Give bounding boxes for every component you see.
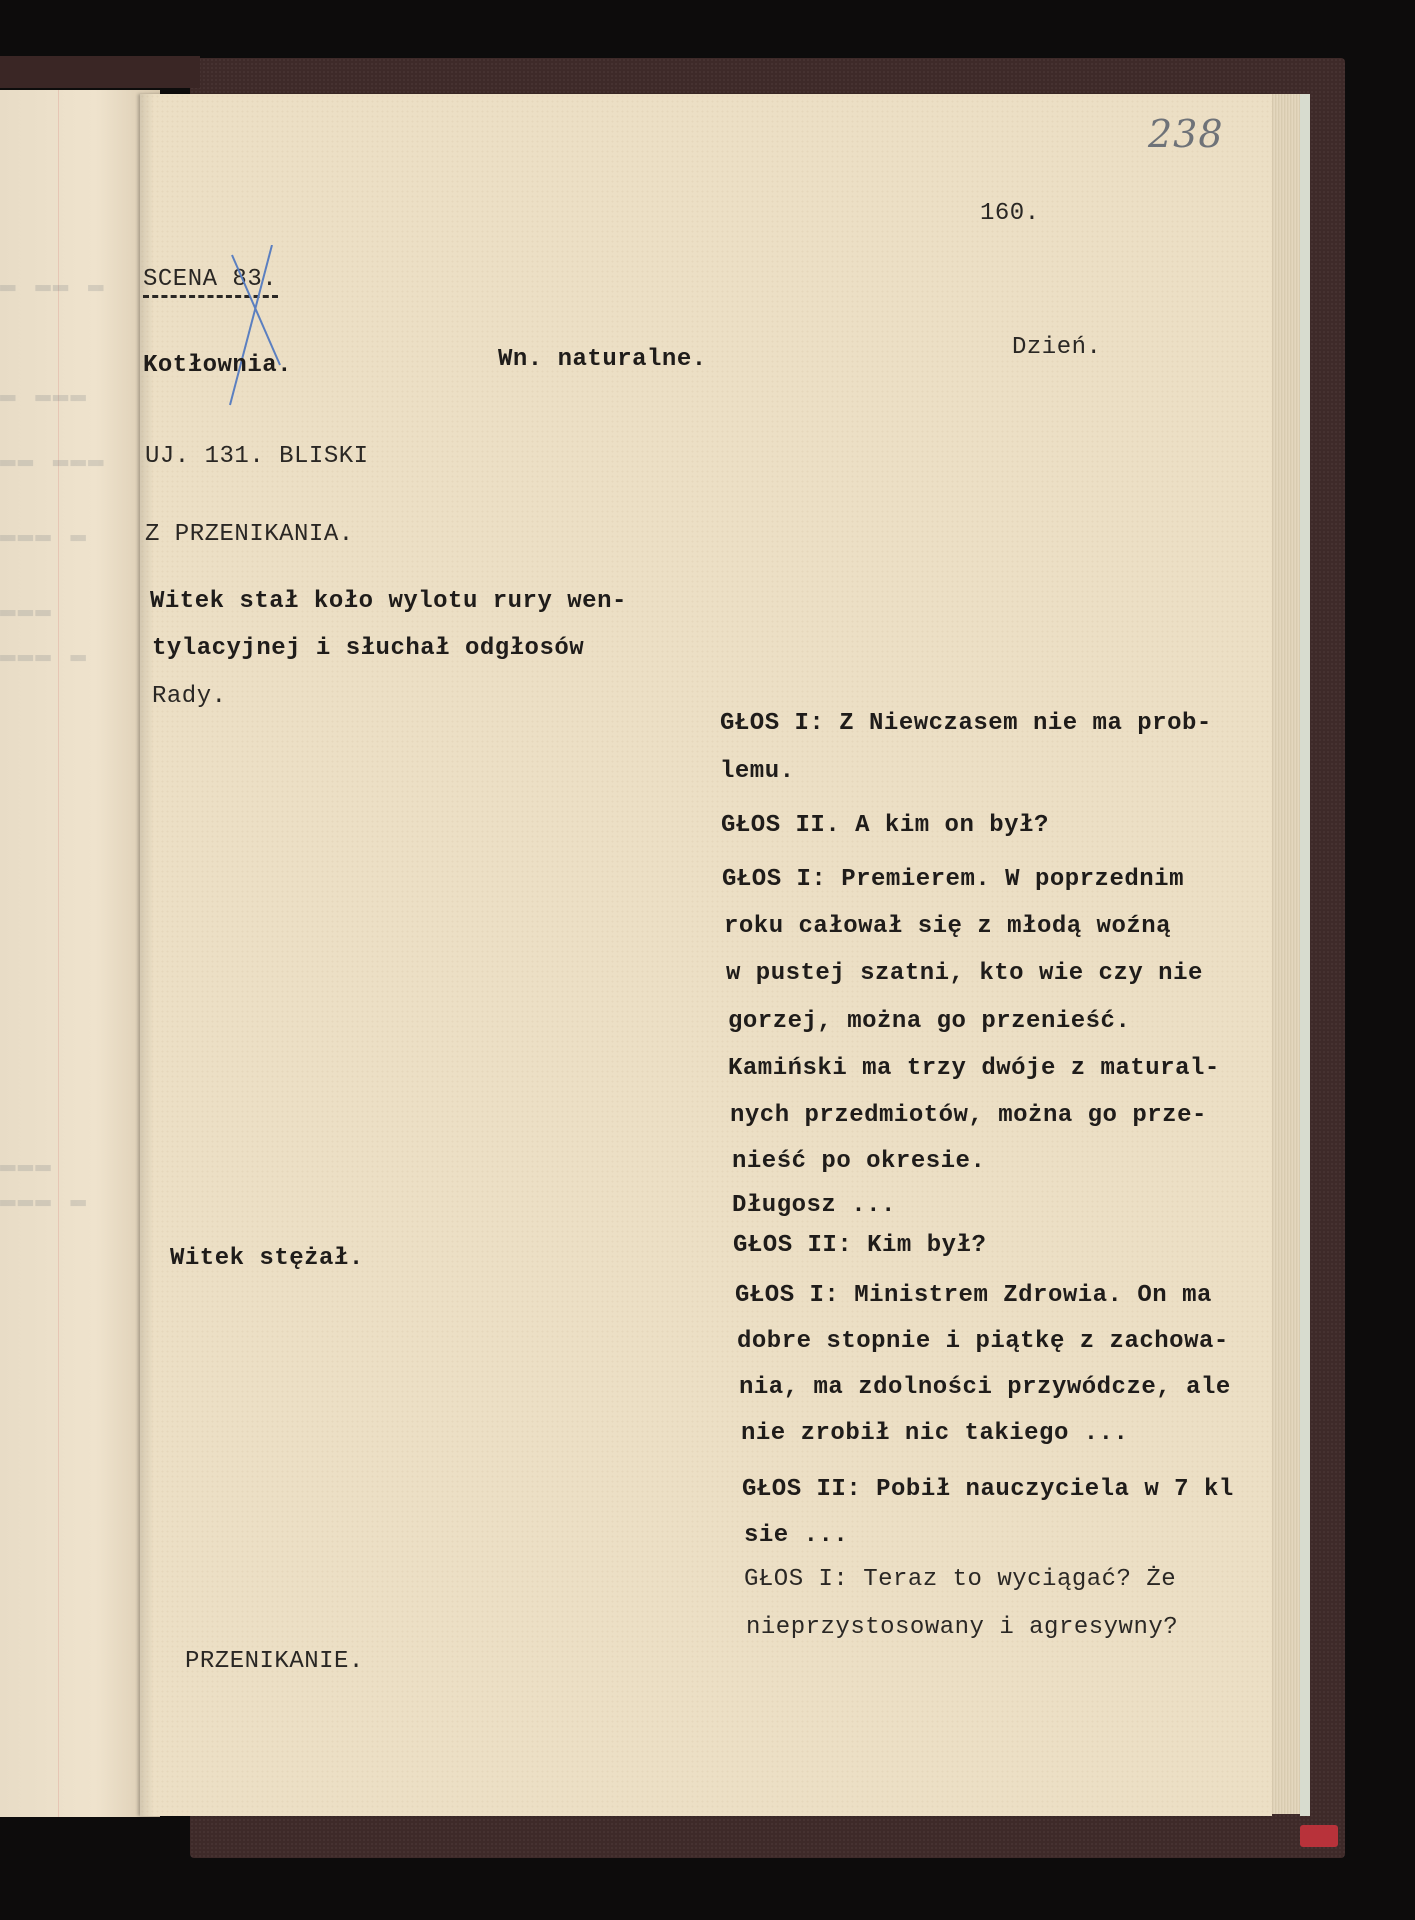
dialogue-line: gorzej, można go przenieść. xyxy=(728,1008,1130,1035)
bleed-through-text: ▬▬▬ ▬ xyxy=(0,640,88,670)
margin-rule xyxy=(58,90,59,1817)
action-line: Witek stężał. xyxy=(170,1245,364,1272)
dialogue-line: GŁOS I: Ministrem Zdrowia. On ma xyxy=(735,1282,1212,1309)
folio-number-handwritten: 238 xyxy=(1148,112,1224,156)
bleed-through-text: ▬▬▬ xyxy=(0,595,53,625)
dialogue-line: roku całował się z młodą woźną xyxy=(724,913,1171,940)
transition-in: Z PRZENIKANIA. xyxy=(145,521,354,548)
action-line: Rady. xyxy=(152,683,227,710)
blue-cross-mark-icon xyxy=(210,245,330,415)
action-line: tylacyjnej i słuchał odgłosów xyxy=(152,635,584,662)
dialogue-line: GŁOS I: Z Niewczasem nie ma prob- xyxy=(720,710,1212,737)
dialogue-line: GŁOS I: Premierem. W poprzednim xyxy=(722,866,1184,893)
scene-location: Kotłownia. xyxy=(143,352,292,379)
dialogue-line: Długosz ... xyxy=(732,1192,896,1219)
transition-out: PRZENIKANIE. xyxy=(185,1648,364,1675)
cover-corner-patch xyxy=(1300,1825,1338,1847)
dialogue-line: w pustej szatni, kto wie czy nie xyxy=(726,960,1203,987)
action-line: Witek stał koło wylotu rury wen- xyxy=(150,588,627,615)
dialogue-line: nie zrobił nic takiego ... xyxy=(741,1420,1128,1447)
bleed-through-text: ▬▬▬ xyxy=(0,1150,53,1180)
scene-setting: Wn. naturalne. xyxy=(498,346,707,373)
scene-time: Dzień. xyxy=(1012,334,1101,361)
book-cover-left xyxy=(0,56,200,88)
dialogue-line: nych przedmiotów, można go prze- xyxy=(730,1102,1207,1129)
bleed-through-text: ▬ ▬▬ ▬ xyxy=(0,270,106,300)
dialogue-line: GŁOS II: Pobił nauczyciela w 7 kl xyxy=(742,1476,1234,1503)
dialogue-line: GŁOS II: Kim był? xyxy=(733,1232,986,1259)
dialogue-line: GŁOS II. A kim on był? xyxy=(721,812,1049,839)
dialogue-line: nieprzystosowany i agresywny? xyxy=(746,1614,1178,1641)
page-number: 160. xyxy=(980,200,1040,227)
dialogue-line: lemu. xyxy=(720,758,795,785)
dialogue-line: dobre stopnie i piątkę z zachowa- xyxy=(737,1328,1229,1355)
shot-description: UJ. 131. BLISKI xyxy=(145,443,369,470)
bleed-through-text: ▬▬▬ ▬ xyxy=(0,520,88,550)
dialogue-line: sie ... xyxy=(744,1522,848,1549)
dialogue-line: Kamiński ma trzy dwóje z matural- xyxy=(728,1055,1220,1082)
dialogue-line: GŁOS I: Teraz to wyciągać? Że xyxy=(744,1566,1176,1593)
bleed-through-text: ▬ ▬▬▬ xyxy=(0,380,88,410)
endpaper-edge xyxy=(1300,94,1310,1816)
dialogue-line: nieść po okresie. xyxy=(732,1148,985,1175)
left-page: ▬ ▬▬ ▬ ▬ ▬▬▬ ▬▬ ▬▬▬ ▬▬▬ ▬ ▬▬▬ ▬▬▬ ▬ ▬▬▬ … xyxy=(0,90,160,1817)
bleed-through-text: ▬▬▬ ▬ xyxy=(0,1185,88,1215)
bleed-through-text: ▬▬ ▬▬▬ xyxy=(0,445,106,475)
dialogue-line: nia, ma zdolności przywódcze, ale xyxy=(739,1374,1231,1401)
page-edges xyxy=(1270,94,1300,1814)
